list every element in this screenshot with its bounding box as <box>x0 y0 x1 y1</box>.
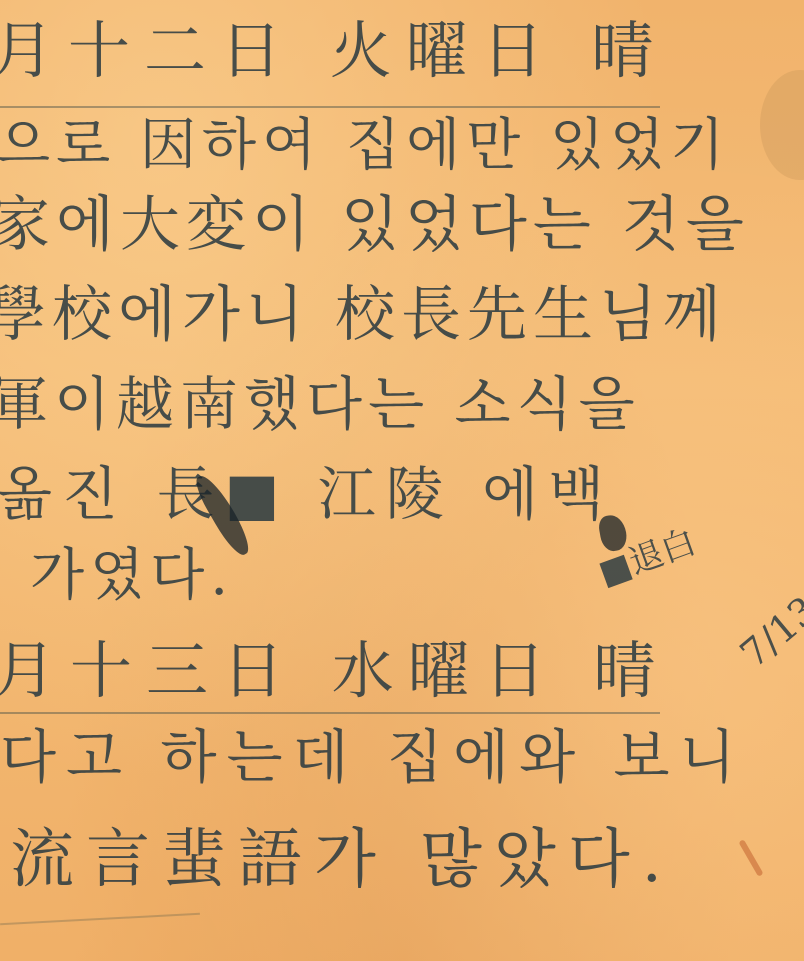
entry-2-line-1: 다고 하는데 집에와 보니 <box>0 728 746 786</box>
entry-1-line-2: 家에大変이 있었다는 것을 <box>0 195 750 255</box>
paper-stain <box>738 839 763 877</box>
diary-page: 月十二日 火曜日 晴 으로 因하여 집에만 있었기 家에大変이 있었다는 것을 … <box>0 0 804 961</box>
entry-2-date-header: 月十三日 水曜日 晴 <box>0 640 669 702</box>
entry-1-date-header: 月十二日 火曜日 晴 <box>0 20 667 82</box>
entry-1-line-3: 學校에가니 校長先生님께 <box>0 285 727 345</box>
entry-1-line-5: 옮진 長■ 江陵 에백 <box>0 465 614 523</box>
entry-1-line-4: 軍이越南했다는 소식을 <box>0 375 641 433</box>
entry-2-underline <box>0 913 200 925</box>
margin-corner-mark: 7/13 <box>732 588 804 677</box>
entry-1-line-1: 으로 因하여 집에만 있었기 <box>0 118 730 174</box>
paper-stain <box>760 70 804 180</box>
entry-2-line-2: 流言蜚語가 많았다. <box>10 828 674 892</box>
entry-1-line-6: 가였다. <box>30 548 234 604</box>
entry-2-rule <box>0 712 660 714</box>
entry-1-rule <box>0 106 660 108</box>
